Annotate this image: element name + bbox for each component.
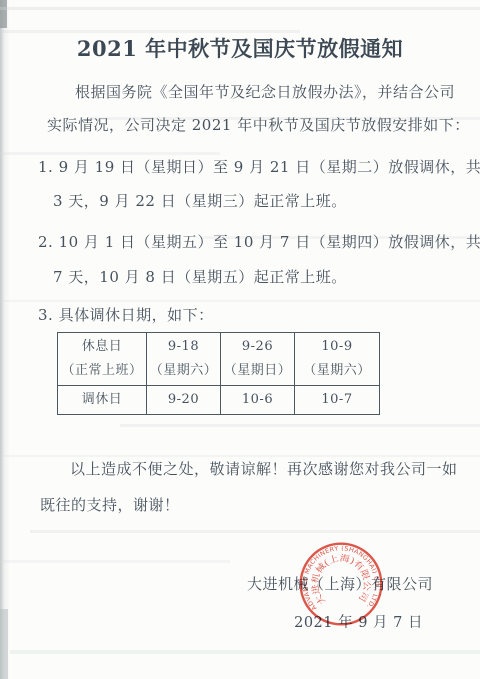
table-cell-swap-day-2: 10-6: [221, 386, 295, 414]
rest-day-date: 10-9: [321, 335, 352, 359]
rest-day-weekday: （星期六）: [150, 359, 218, 383]
table-cell-swap-day-3: 10-7: [295, 386, 379, 414]
rest-day-weekday: （星期日）: [224, 359, 292, 383]
scan-streak: [0, 560, 230, 563]
intro-line-1: 根据国务院《全国年节及纪念日放假办法》，并结合公司: [0, 83, 447, 103]
scan-streak: [0, 7, 480, 10]
table-cell-swap-label: 调休日: [58, 386, 147, 414]
closing-line-1: 以上造成不便之处，敬请谅解！再次感谢您对我公司一如: [0, 460, 447, 480]
closing-line-2: 既往的支持，谢谢！: [0, 496, 447, 516]
holiday-item-2-line-1: 2. 10 月 1 日（星期五）至 10 月 7 日（星期四）放假调休，共: [0, 233, 447, 253]
notice-document-page: 2021 年中秋节及国庆节放假通知 根据国务院《全国年节及纪念日放假办法》，并结…: [0, 0, 480, 679]
table-cell-rest-day-2: 9-26 （星期日）: [221, 333, 295, 386]
table-cell-swap-day-1: 9-20: [147, 386, 221, 414]
table-cell-rest-day-3: 10-9 （星期六）: [295, 333, 379, 386]
holiday-item-1-line-1: 1. 9 月 19 日（星期日）至 9 月 21 日（星期二）放假调休，共: [0, 158, 447, 178]
scan-streak: [0, 455, 480, 457]
holiday-item-3-line: 3. 具体调休日期，如下：: [0, 306, 447, 326]
scan-streak: [10, 650, 480, 654]
rest-day-weekday: （星期六）: [303, 359, 371, 383]
table-cell-rest-label: 休息日 （正常上班）: [58, 333, 147, 386]
holiday-item-1-line-2: 3 天，9 月 22 日（星期三）起正常上班。: [0, 192, 447, 212]
rest-day-date: 9-18: [168, 335, 199, 359]
intro-line-2: 实际情况，公司决定 2021 年中秋节及国庆节放假安排如下：: [0, 116, 447, 136]
rest-label-line2: （正常上班）: [61, 359, 142, 383]
scan-corner-mark: [0, 0, 7, 28]
rest-day-date: 9-26: [242, 335, 273, 359]
notice-title: 2021 年中秋节及国庆节放假通知: [0, 33, 480, 63]
company-seal-stamp: ADVANCE MACHINERY (SHANGHAI) CO., LTD. 大…: [294, 540, 388, 628]
scan-streak: [120, 424, 480, 427]
scan-bottom-mark: [0, 609, 8, 679]
rest-label-line1: 休息日: [82, 335, 123, 359]
scan-streak: [30, 530, 480, 533]
holiday-item-2-line-2: 7 天，10 月 8 日（星期五）起正常上班。: [0, 268, 447, 288]
scan-streak: [0, 152, 220, 155]
scan-streak: [0, 300, 480, 302]
holiday-schedule-table: 休息日 （正常上班） 9-18 （星期六） 9-26 （星期日） 10-9 （星…: [57, 332, 380, 415]
table-cell-rest-day-1: 9-18 （星期六）: [147, 333, 221, 386]
